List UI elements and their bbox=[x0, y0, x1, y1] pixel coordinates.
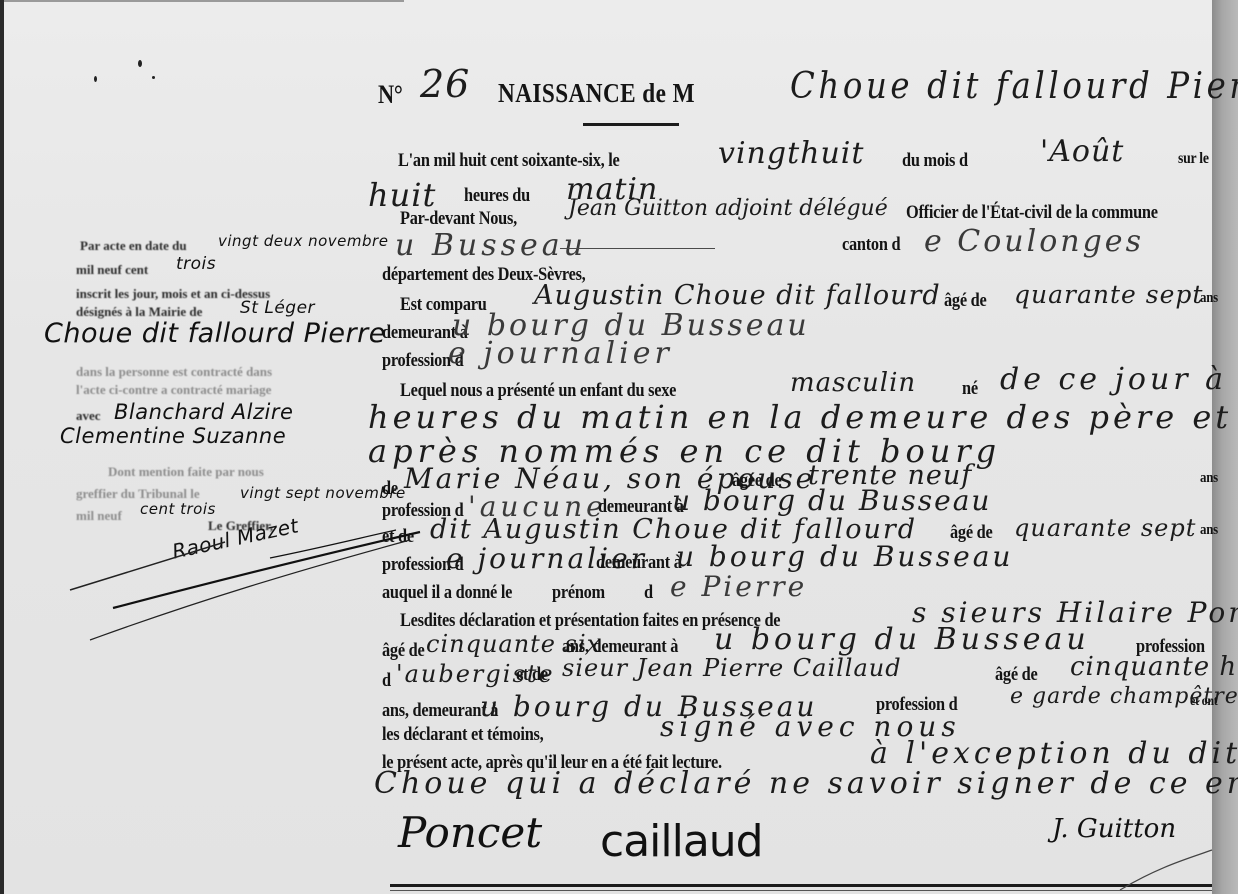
signature-flourish-lines bbox=[0, 0, 1238, 894]
